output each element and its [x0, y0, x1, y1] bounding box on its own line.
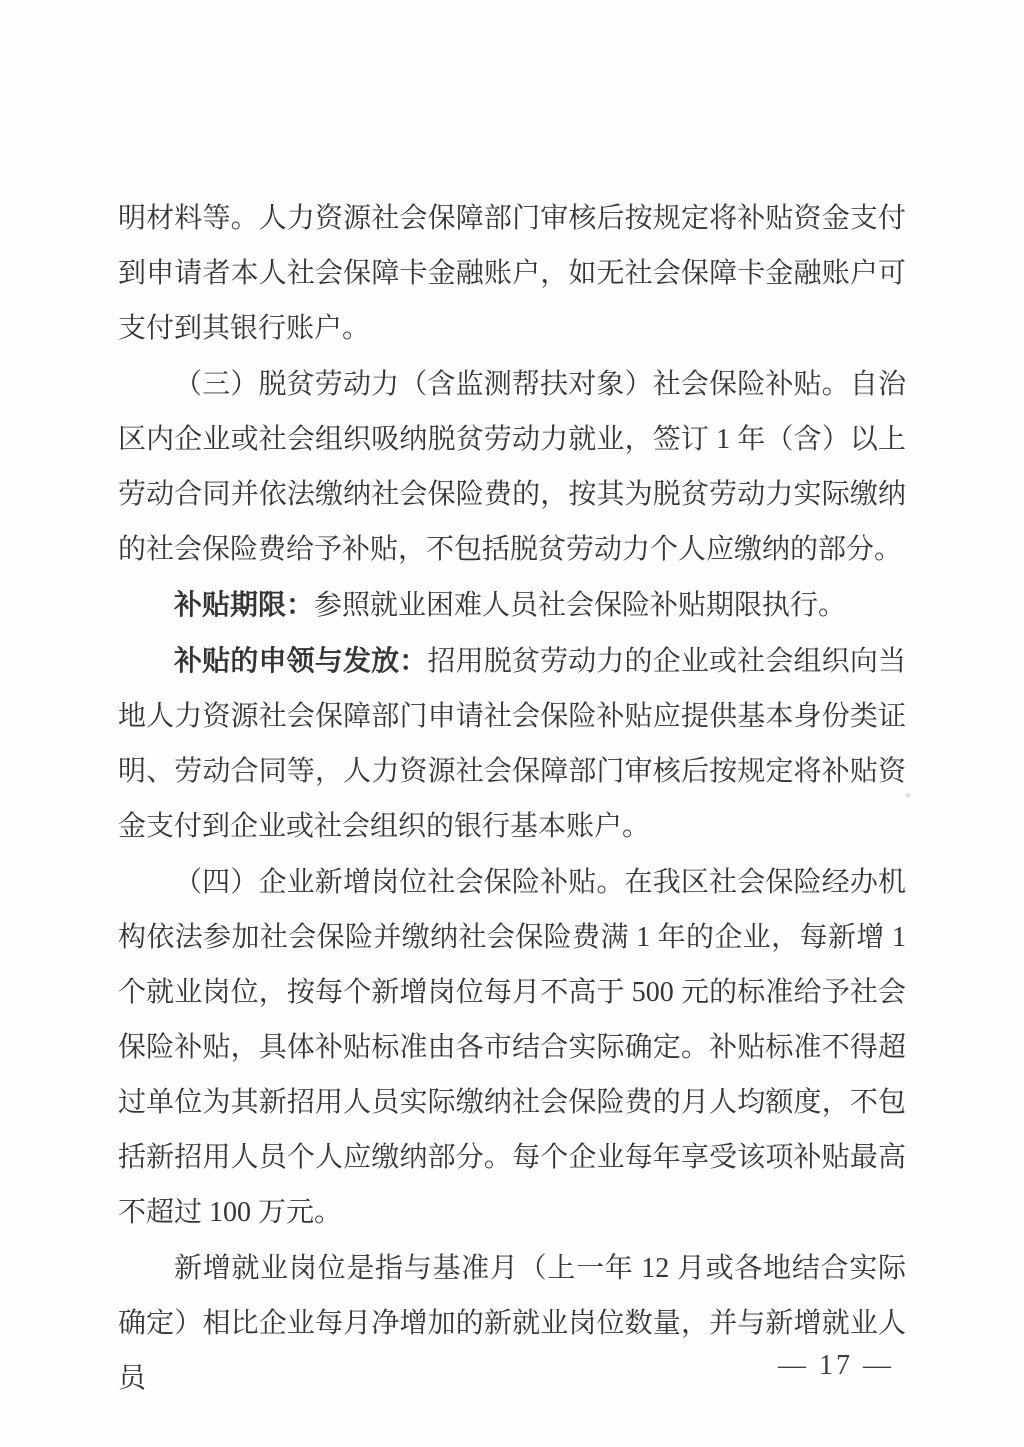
document-page: 明材料等。人力资源社会保障部门审核后按规定将补贴资金支付到申请者本人社会保障卡金… [0, 0, 1024, 1447]
paragraph-text: 参照就业困难人员社会保险补贴期限执行。 [314, 590, 846, 621]
paragraph-text: （三）脱贫劳动力（含监测帮扶对象）社会保险补贴。自治区内企业或社会组织吸纳脱贫劳… [118, 369, 906, 565]
paragraph-continuation: 明材料等。人力资源社会保障部门审核后按规定将补贴资金支付到申请者本人社会保障卡金… [118, 190, 906, 356]
paragraph-label: 补贴的申领与发放： [174, 645, 427, 676]
paragraph-text: 明材料等。人力资源社会保障部门审核后按规定将补贴资金支付到申请者本人社会保障卡金… [118, 203, 906, 344]
paragraph-text: （四）企业新增岗位社会保险补贴。在我区社会保险经办机构依法参加社会保险并缴纳社会… [118, 867, 906, 1228]
scan-speckle [905, 793, 911, 798]
paragraph-subsidy-application: 补贴的申领与发放：招用脱贫劳动力的企业或社会组织向当地人力资源社会保障部门申请社… [118, 633, 906, 854]
page-number: — 17 — [778, 1350, 894, 1382]
paragraph-item-3: （三）脱贫劳动力（含监测帮扶对象）社会保险补贴。自治区内企业或社会组织吸纳脱贫劳… [118, 356, 906, 577]
paragraph-subsidy-period: 补贴期限：参照就业困难人员社会保险补贴期限执行。 [118, 577, 906, 633]
paragraph-label: 补贴期限： [174, 589, 314, 620]
paragraph-item-4: （四）企业新增岗位社会保险补贴。在我区社会保险经办机构依法参加社会保险并缴纳社会… [118, 854, 906, 1240]
document-body: 明材料等。人力资源社会保障部门审核后按规定将补贴资金支付到申请者本人社会保障卡金… [118, 190, 906, 1406]
